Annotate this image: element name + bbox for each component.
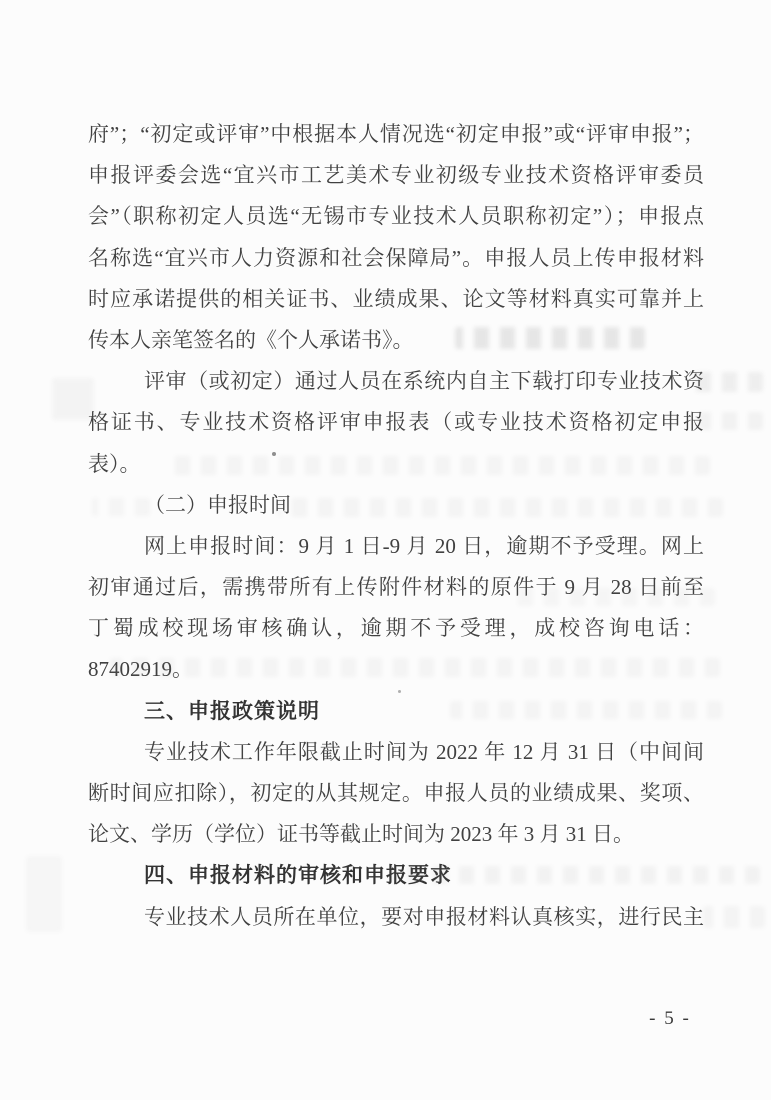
document-line: 会”（职称初定人员选“无锡市专业技术人员职称初定”）；申报点: [88, 196, 704, 237]
bleedthrough-artifact: [699, 412, 763, 430]
document-line: 府”；“初定或评审”中根据本人情况选“初定申报”或“评审申报”；: [88, 114, 704, 155]
document-line: 表）。: [88, 444, 704, 485]
section-heading: 四、申报材料的审核和申报要求: [88, 855, 704, 896]
document-line: 论文、学历（学位）证书等截止时间为 2023 年 3 月 31 日。: [88, 814, 704, 855]
document-line: 名称选“宜兴市人力资源和社会保障局”。申报人员上传申报材料: [88, 238, 704, 279]
document-body: 府”；“初定或评审”中根据本人情况选“初定申报”或“评审申报”； 申报评委会选“…: [88, 114, 704, 938]
document-line: 丁蜀成校现场审核确认，逾期不予受理，成校咨询电话：: [88, 608, 704, 649]
bleedthrough-artifact: [703, 906, 765, 928]
document-line: 格证书、专业技术资格评审申报表（或专业技术资格初定申报: [88, 402, 704, 443]
document-line: 网上申报时间：9 月 1 日-9 月 20 日，逾期不予受理。网上: [88, 526, 704, 567]
document-line: 专业技术人员所在单位，要对申报材料认真核实，进行民主: [88, 897, 704, 938]
subsection-heading: （二）申报时间: [88, 485, 704, 526]
document-line: 87402919。: [88, 649, 704, 690]
document-line: 初审通过后，需携带所有上传附件材料的原件于 9 月 28 日前至: [88, 567, 704, 608]
scanned-document-page: 府”；“初定或评审”中根据本人情况选“初定申报”或“评审申报”； 申报评委会选“…: [0, 0, 771, 1100]
bleedthrough-artifact: [26, 856, 62, 932]
document-line: 专业技术工作年限截止时间为 2022 年 12 月 31 日（中间间: [88, 732, 704, 773]
document-line: 申报评委会选“宜兴市工艺美术专业初级专业技术资格评审委员: [88, 155, 704, 196]
section-heading: 三、申报政策说明: [88, 691, 704, 732]
document-line: 传本人亲笔签名的《个人承诺书》。: [88, 320, 704, 361]
document-line: 评审（或初定）通过人员在系统内自主下载打印专业技术资: [88, 361, 704, 402]
page-number: - 5 -: [640, 1008, 700, 1030]
document-line: 时应承诺提供的相关证书、业绩成果、论文等材料真实可靠并上: [88, 279, 704, 320]
document-line: 断时间应扣除），初定的从其规定。申报人员的业绩成果、奖项、: [88, 773, 704, 814]
